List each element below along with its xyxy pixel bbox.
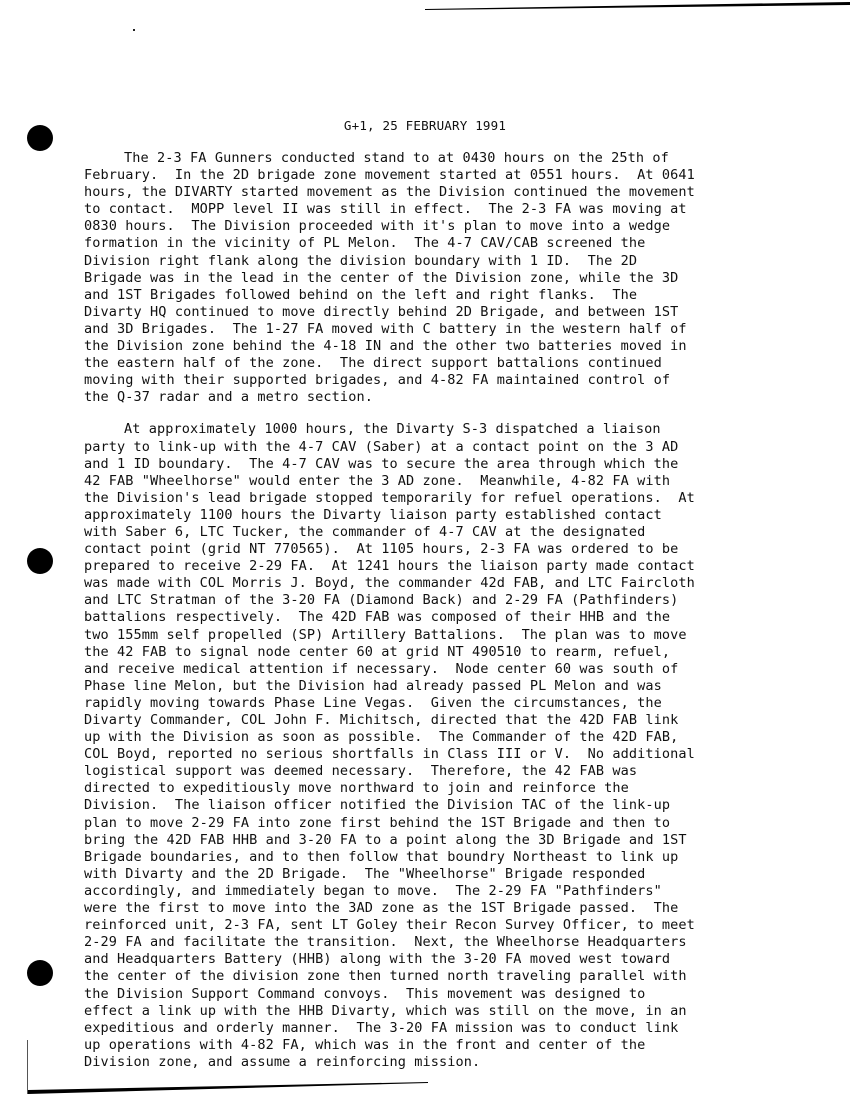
text-line: up operations with 4-82 FA, which was in…	[84, 1037, 824, 1054]
text-line: 2-29 FA and facilitate the transition. N…	[84, 934, 824, 951]
text-line: was made with COL Morris J. Boyd, the co…	[84, 575, 824, 592]
text-line: up with the Division as soon as possible…	[84, 729, 824, 746]
text-line: Brigade was in the lead in the center of…	[84, 270, 824, 287]
text-line: two 155mm self propelled (SP) Artillery …	[84, 627, 824, 644]
text-line: prepared to receive 2-29 FA. At 1241 hou…	[84, 558, 824, 575]
text-line: battalions respectively. The 42D FAB was…	[84, 609, 824, 626]
text-line: and LTC Stratman of the 3-20 FA (Diamond…	[84, 592, 824, 609]
text-line: reinforced unit, 2-3 FA, sent LT Goley t…	[84, 917, 824, 934]
text-line: the Q-37 radar and a metro section.	[84, 389, 824, 406]
page-heading: G+1, 25 FEBRUARY 1991	[0, 118, 850, 133]
text-line: and 1ST Brigades followed behind on the …	[84, 287, 824, 304]
text-line: COL Boyd, reported no serious shortfalls…	[84, 746, 824, 763]
text-line: hours, the DIVARTY started movement as t…	[84, 184, 824, 201]
text-line: accordingly, and immediately began to mo…	[84, 883, 824, 900]
text-line: and 3D Brigades. The 1-27 FA moved with …	[84, 321, 824, 338]
text-line: the 42 FAB to signal node center 60 at g…	[84, 644, 824, 661]
text-line: and receive medical attention if necessa…	[84, 661, 824, 678]
hole-punch-middle	[27, 548, 53, 574]
text-line: the eastern half of the zone. The direct…	[84, 355, 824, 372]
text-line: contact point (grid NT 770565). At 1105 …	[84, 541, 824, 558]
text-line: February. In the 2D brigade zone movemen…	[84, 167, 824, 184]
text-line: to contact. MOPP level II was still in e…	[84, 201, 824, 218]
text-line: Division. The liaison officer notified t…	[84, 797, 824, 814]
text-line: and Headquarters Battery (HHB) along wit…	[84, 951, 824, 968]
text-line: bring the 42D FAB HHB and 3-20 FA to a p…	[84, 832, 824, 849]
scan-edge-top	[425, 2, 850, 10]
paragraph-2: At approximately 1000 hours, the Divarty…	[84, 421, 824, 1071]
text-line: directed to expeditiously move northward…	[84, 780, 824, 797]
text-line: Divarty Commander, COL John F. Michitsch…	[84, 712, 824, 729]
text-line: 42 FAB "Wheelhorse" would enter the 3 AD…	[84, 473, 824, 490]
text-line: the Division's lead brigade stopped temp…	[84, 490, 824, 507]
text-line: logistical support was deemed necessary.…	[84, 763, 824, 780]
document-body: The 2-3 FA Gunners conducted stand to at…	[84, 150, 824, 1086]
paragraph-1: The 2-3 FA Gunners conducted stand to at…	[84, 150, 824, 406]
text-line: Division zone, and assume a reinforcing …	[84, 1054, 824, 1071]
text-line: Brigade boundaries, and to then follow t…	[84, 849, 824, 866]
text-line: plan to move 2-29 FA into zone first beh…	[84, 815, 824, 832]
text-line: rapidly moving towards Phase Line Vegas.…	[84, 695, 824, 712]
text-line: were the first to move into the 3AD zone…	[84, 900, 824, 917]
text-line: At approximately 1000 hours, the Divarty…	[84, 421, 824, 438]
hole-punch-bottom	[27, 960, 53, 986]
text-line: The 2-3 FA Gunners conducted stand to at…	[84, 150, 824, 167]
text-line: the Division Support Command convoys. Th…	[84, 986, 824, 1003]
text-line: approximately 1100 hours the Divarty lia…	[84, 507, 824, 524]
text-line: with Saber 6, LTC Tucker, the commander …	[84, 524, 824, 541]
text-line: and 1 ID boundary. The 4-7 CAV was to se…	[84, 456, 824, 473]
text-line: the center of the division zone then tur…	[84, 968, 824, 985]
text-line: moving with their supported brigades, an…	[84, 372, 824, 389]
scan-speck	[133, 29, 135, 31]
text-line: expeditious and orderly manner. The 3-20…	[84, 1020, 824, 1037]
text-line: 0830 hours. The Division proceeded with …	[84, 218, 824, 235]
text-line: with Divarty and the 2D Brigade. The "Wh…	[84, 866, 824, 883]
text-line: effect a link up with the HHB Divarty, w…	[84, 1003, 824, 1020]
text-line: formation in the vicinity of PL Melon. T…	[84, 235, 824, 252]
text-line: party to link-up with the 4-7 CAV (Saber…	[84, 439, 824, 456]
text-line: Divarty HQ continued to move directly be…	[84, 304, 824, 321]
text-line: Division right flank along the division …	[84, 253, 824, 270]
text-line: the Division zone behind the 4-18 IN and…	[84, 338, 824, 355]
text-line: Phase line Melon, but the Division had a…	[84, 678, 824, 695]
